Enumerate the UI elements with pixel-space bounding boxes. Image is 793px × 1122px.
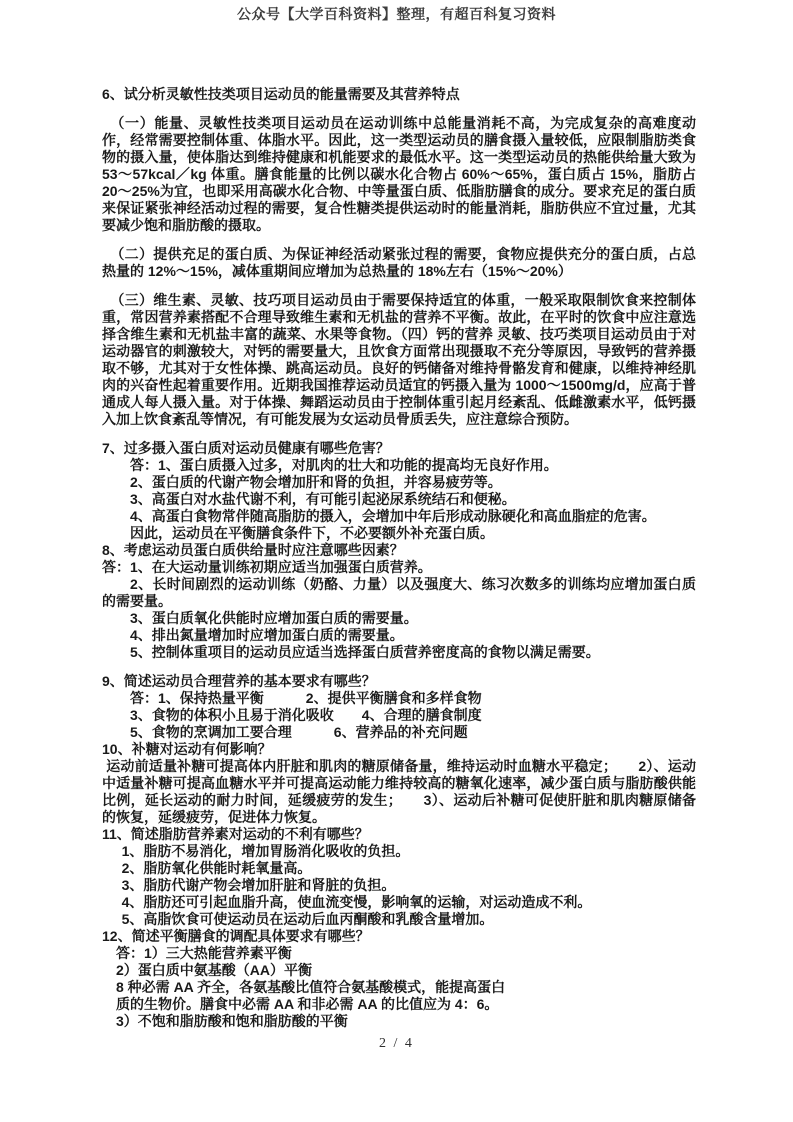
text-line: 4、脂肪还可引起血脂升高，使血流变慢，影响氧的运输，对运动造成不利。 xyxy=(102,894,696,911)
text-line: 答：1、在大运动量训练初期应适当加强蛋白质营养。 xyxy=(102,559,696,576)
blank-line xyxy=(102,234,696,246)
page-number: 2 / 4 xyxy=(0,1036,793,1052)
text-line: 5、食物的烹调加工要合理 6、营养品的补充问题 xyxy=(102,724,696,741)
text-line: 答：1、蛋白质摄入过多，对肌肉的壮大和功能的提高均无良好作用。 xyxy=(102,457,696,474)
text-line: 3、蛋白质氧化供能时应增加蛋白质的需要量。 xyxy=(102,610,696,627)
section-heading: 12、简述平衡膳食的调配具体要求有哪些？ xyxy=(102,928,696,945)
blank-line xyxy=(102,428,696,440)
paragraph: 2、长时间剧烈的运动训练（奶酪、力量）以及强度大、练习次数多的训练均应增加蛋白质… xyxy=(102,576,696,610)
section-heading: 9、简述运动员合理营养的基本要求有哪些？ xyxy=(102,673,696,690)
text-line: 答：1）三大热能营养素平衡 xyxy=(102,945,696,962)
section-heading: 7、过多摄入蛋白质对运动员健康有哪些危害？ xyxy=(102,440,696,457)
page-header-text: 公众号【大学百科资料】整理，有超百科复习资料 xyxy=(0,4,793,24)
paragraph: 运动前适量补糖可提高体内肝脏和肌肉的糖原储备量，维持运动时血糖水平稳定； 2）、… xyxy=(102,758,696,826)
text-line: 3、食物的体积小且易于消化吸收 4、合理的膳食制度 xyxy=(102,707,696,724)
text-line: 因此，运动员在平衡膳食条件下，不必要额外补充蛋白质。 xyxy=(102,525,696,542)
blank-line xyxy=(102,661,696,673)
blank-line xyxy=(102,280,696,292)
text-line: 2、脂肪氧化供能时耗氧量高。 xyxy=(102,860,696,877)
section-heading: 10、补糖对运动有何影响？ xyxy=(102,741,696,758)
text-line: 4、高蛋白食物常伴随高脂肪的摄入，会增加中年后形成动脉硬化和高血脂症的危害。 xyxy=(102,508,696,525)
text-line: 3）不饱和脂肪酸和饱和脂肪酸的平衡 xyxy=(102,1013,696,1030)
text-line: 答：1、保持热量平衡 2、提供平衡膳食和多样食物 xyxy=(102,690,696,707)
paragraph: （三）维生素、灵敏、技巧项目运动员由于需要保持适宜的体重，一般采取限制饮食来控制… xyxy=(102,292,696,428)
text-line: 4、排出氮量增加时应增加蛋白质的需要量。 xyxy=(102,627,696,644)
paragraph: （二）提供充足的蛋白质、为保证神经活动紧张过程的需要，食物应提供充分的蛋白质，占… xyxy=(102,246,696,280)
document-body: 6、试分析灵敏性技类项目运动员的能量需要及其营养特点（一）能量、灵敏性技类项目运… xyxy=(102,86,696,1030)
text-line: 8 种必需 AA 齐全，各氨基酸比值符合氨基酸模式，能提高蛋白 xyxy=(102,979,696,996)
text-line: 3、高蛋白对水盐代谢不利，有可能引起泌尿系统结石和便秘。 xyxy=(102,491,696,508)
text-line: 5、高脂饮食可使运动员在运动后血丙酮酸和乳酸含量增加。 xyxy=(102,911,696,928)
paragraph: （一）能量、灵敏性技类项目运动员在运动训练中总能量消耗不高，为完成复杂的高难度动… xyxy=(102,115,696,234)
text-line: 5、控制体重项目的运动员应适当选择蛋白质营养密度高的食物以满足需要。 xyxy=(102,644,696,661)
section-heading: 8、考虑运动员蛋白质供给量时应注意哪些因素？ xyxy=(102,542,696,559)
text-line: 1、脂肪不易消化，增加胃肠消化吸收的负担。 xyxy=(102,843,696,860)
document-page: 公众号【大学百科资料】整理，有超百科复习资料 6、试分析灵敏性技类项目运动员的能… xyxy=(0,0,793,1122)
text-line: 3、脂肪代谢产物会增加肝脏和肾脏的负担。 xyxy=(102,877,696,894)
section-heading: 6、试分析灵敏性技类项目运动员的能量需要及其营养特点 xyxy=(102,86,696,103)
text-line: 2）蛋白质中氨基酸（AA）平衡 xyxy=(102,962,696,979)
section-heading: 11、简述脂肪营养素对运动的不利有哪些？ xyxy=(102,826,696,843)
text-line: 质的生物价。膳食中必需 AA 和非必需 AA 的比值应为 4：6。 xyxy=(102,996,696,1013)
text-line: 2、蛋白质的代谢产物会增加肝和肾的负担，并容易疲劳等。 xyxy=(102,474,696,491)
blank-line xyxy=(102,103,696,115)
